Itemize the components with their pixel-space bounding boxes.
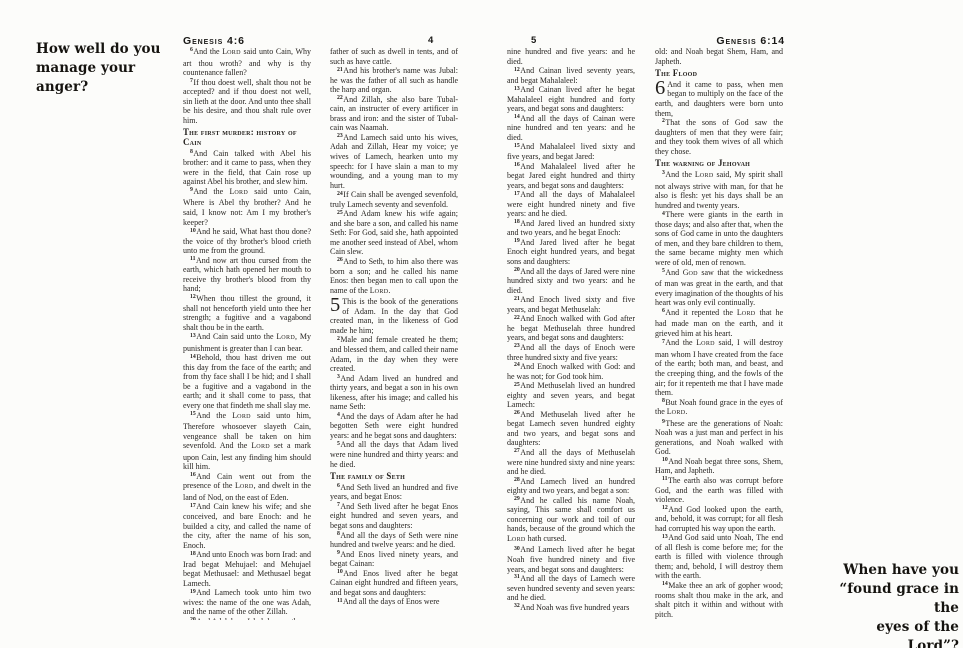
running-head-left: Genesis 4:6	[183, 35, 245, 47]
verse-number: 26	[337, 257, 343, 263]
verse: 5And GOD saw that the wickedness of man …	[655, 268, 783, 308]
verse: 13And Cainan lived after he begat Mahala…	[507, 85, 635, 114]
divine-name-smallcaps: ORD	[227, 50, 241, 56]
verse: 9These are the generations of Noah: Noah…	[655, 419, 783, 457]
verse-number: 10	[190, 228, 196, 234]
verse: 17And all the days of Mahalaleel were ei…	[507, 190, 635, 219]
verse-number: 11	[190, 256, 195, 262]
verse-continuation: old: and Noah begat Shem, Ham, and Japhe…	[655, 47, 783, 66]
section-heading: The first murder: history of Cain	[183, 128, 311, 147]
verse-number: 16	[514, 162, 520, 168]
verse-number: 30	[514, 546, 520, 552]
verse: 24If Cain shall be avenged sevenfold, tr…	[330, 190, 458, 209]
verse: 13And Cain said unto the LORD, My punish…	[183, 332, 311, 353]
verse-number: 15	[514, 143, 520, 149]
verse: 19And Jared lived after he begat Enoch e…	[507, 238, 635, 267]
verse-number: 27	[514, 448, 520, 454]
verse-number: 8	[337, 531, 340, 537]
page-number-left: 4	[428, 35, 433, 46]
verse: 2That the sons of God saw the daughters …	[655, 118, 783, 156]
text-column-3: nine hundred and five years: and he died…	[507, 47, 635, 620]
verse: 9And Enos lived ninety years, and begat …	[330, 550, 458, 569]
verse-number: 9	[337, 550, 340, 556]
verse: 6And Seth lived an hundred and five year…	[330, 483, 458, 502]
verse: 3And the LORD said, My spirit shall not …	[655, 170, 783, 210]
verse: 12And God looked upon the earth, and, be…	[655, 505, 783, 534]
verse-number: 12	[514, 67, 520, 73]
verse-number: 22	[514, 315, 520, 321]
verse-number: 17	[514, 191, 520, 197]
verse-number: 6	[337, 483, 340, 489]
verse: 17And Cain knew his wife; and she concei…	[183, 502, 311, 550]
verse-number: 19	[190, 589, 196, 595]
verse-number: 12	[190, 294, 196, 300]
verse-number: 13	[514, 86, 520, 92]
verse-number: 2	[337, 336, 340, 342]
verse: 5And all the days that Adam lived were n…	[330, 440, 458, 469]
verse: 18And Jared lived an hundred sixty and t…	[507, 219, 635, 238]
divine-name-smallcaps: ORD	[700, 173, 714, 179]
chapter-opening: 5This is the book of the generations of …	[330, 297, 458, 335]
verse: 23And Lamech said unto his wives, Adah a…	[330, 133, 458, 190]
verse: 6And it repented the LORD that he had ma…	[655, 308, 783, 339]
verse-number: 3	[662, 170, 665, 176]
verse: 10And Noah begat three sons, Shem, Ham, …	[655, 457, 783, 476]
margin-note-grace-question: When have you“found grace in theeyes of …	[826, 561, 959, 648]
verse: 6And the LORD said unto Cain, Why art th…	[183, 47, 311, 78]
verse: 21And Enoch lived sixty and five years, …	[507, 295, 635, 314]
verse: 28And Lamech lived an hundred eighty and…	[507, 477, 635, 496]
verse: 15And the LORD said unto him, Therefore …	[183, 411, 311, 472]
verse: 31And all the days of Lamech were seven …	[507, 574, 635, 603]
verse-number: 11	[662, 476, 667, 482]
verse: 27And all the days of Methuselah were ni…	[507, 448, 635, 477]
divine-name-smallcaps: ORD	[281, 335, 295, 341]
text-column-4: old: and Noah begat Shem, Ham, and Japhe…	[655, 47, 783, 620]
verse: 8And all the days of Seth were nine hund…	[330, 531, 458, 550]
verse-number: 20	[190, 617, 196, 620]
verse-number: 21	[337, 67, 343, 73]
verse: 12And Cainan lived seventy years, and be…	[507, 66, 635, 85]
verse-number: 13	[662, 534, 668, 540]
verse-number: 9	[662, 419, 665, 425]
verse-number: 8	[190, 149, 193, 155]
verse: 7And Seth lived after he begat Enos eigh…	[330, 502, 458, 531]
divine-name-smallcaps: ORD	[742, 311, 756, 317]
verse-number: 21	[514, 296, 520, 302]
verse-number: 16	[190, 472, 196, 478]
verse-number: 14	[190, 354, 196, 360]
text-column-2: father of such as dwell in tents, and of…	[330, 47, 458, 620]
verse-continuation: nine hundred and five years: and he died…	[507, 47, 635, 66]
verse: 29And he called his name Noah, saying, T…	[507, 496, 635, 546]
divine-name-smallcaps: OD	[688, 271, 697, 277]
verse: 11The earth also was corrupt before God,…	[655, 476, 783, 505]
divine-name-smallcaps: ORD	[672, 410, 686, 416]
verse-number: 7	[337, 502, 340, 508]
verse: 32And Noah was five hundred years	[507, 603, 635, 613]
margin-note-anger-question: How well do youmanage your anger?	[36, 40, 186, 97]
verse: 11And now art thou cursed from the earth…	[183, 256, 311, 294]
verse-number: 23	[337, 133, 343, 139]
verse-number: 2	[662, 118, 665, 124]
verse: 14Make thee an ark of gopher wood; rooms…	[655, 581, 783, 619]
running-head-right: Genesis 6:14	[716, 35, 785, 47]
section-heading: The warning of Jehovah	[655, 159, 783, 169]
verse-number: 8	[662, 398, 665, 404]
verse-number: 7	[190, 78, 193, 84]
verse-number: 14	[514, 114, 520, 120]
verse: 8But Noah found grace in the eyes of the…	[655, 398, 783, 419]
divine-name-smallcaps: ORD	[234, 190, 248, 196]
verse-number: 29	[514, 496, 520, 502]
chapter-opening: 6And it came to pass, when men began to …	[655, 80, 783, 118]
verse-number: 18	[190, 551, 196, 557]
verse: 4And the days of Adam after he had begot…	[330, 412, 458, 441]
verse-number: 5	[337, 441, 340, 447]
verse: 9And the LORD said unto Cain, Where is A…	[183, 187, 311, 227]
verse-number: 22	[337, 95, 343, 101]
divine-name-smallcaps: ORD	[240, 484, 254, 490]
verse-number: 11	[337, 598, 342, 604]
verse-number: 28	[514, 477, 520, 483]
verse: 23And all the days of Enoch were three h…	[507, 343, 635, 362]
verse-number: 18	[514, 219, 520, 225]
verse-number: 10	[337, 569, 343, 575]
verse: 10And Enos lived after he begat Cainan e…	[330, 569, 458, 598]
verse-number: 24	[514, 362, 520, 368]
verse: 14And all the days of Cainan were nine h…	[507, 114, 635, 143]
divine-name-smallcaps: ORD	[701, 341, 715, 347]
verse-number: 25	[514, 382, 520, 388]
verse-number: 4	[337, 412, 340, 418]
verse: 26And Methuselah lived after he begat La…	[507, 410, 635, 448]
verse-number: 6	[662, 308, 665, 314]
verse: 3And Adam lived an hundred and thirty ye…	[330, 374, 458, 412]
verse: 25And Methuselah lived an hundred eighty…	[507, 381, 635, 410]
verse-number: 24	[337, 191, 343, 197]
verse: 30And Lamech lived after he begat Noah f…	[507, 545, 635, 574]
section-heading: The family of Seth	[330, 472, 458, 482]
verse: 4There were giants in the earth in those…	[655, 210, 783, 267]
verse-number: 12	[662, 505, 668, 511]
verse: 15And Mahalaleel lived sixty and five ye…	[507, 142, 635, 161]
divine-name-smallcaps: ORD	[512, 537, 526, 543]
verse-number: 9	[190, 187, 193, 193]
verse: 7And the LORD said, I will destroy man w…	[655, 338, 783, 397]
verse-number: 32	[514, 603, 520, 609]
verse-number: 7	[662, 339, 665, 345]
verse: 7If thou doest well, shalt thou not be a…	[183, 78, 311, 126]
verse-number: 17	[190, 503, 196, 509]
verse: 2Male and female created he them; and bl…	[330, 335, 458, 373]
verse: 18And unto Enoch was born Irad: and Irad…	[183, 550, 311, 588]
verse: 22And Enoch walked with God after he beg…	[507, 314, 635, 343]
verse: 21And his brother's name was Jubal: he w…	[330, 66, 458, 95]
verse: 20And all the days of Jared were nine hu…	[507, 267, 635, 296]
verse: 11And all the days of Enos were	[330, 597, 458, 607]
verse-number: 25	[337, 210, 343, 216]
verse-number: 10	[662, 457, 668, 463]
verse-number: 14	[662, 581, 668, 587]
verse: 25And Adam knew his wife again; and she …	[330, 209, 458, 257]
verse: 13And God said unto Noah, The end of all…	[655, 533, 783, 581]
verse-number: 23	[514, 343, 520, 349]
verse: 26And to Seth, to him also there was bor…	[330, 257, 458, 297]
verse: 8And Cain talked with Abel his brother: …	[183, 149, 311, 187]
verse: 16And Cain went out from the presence of…	[183, 472, 311, 503]
verse-number: 15	[190, 411, 196, 417]
verse-number: 5	[662, 268, 665, 274]
text-column-1: 6And the LORD said unto Cain, Why art th…	[183, 47, 311, 620]
verse: 10And he said, What hast thou done? the …	[183, 227, 311, 256]
section-heading: The Flood	[655, 69, 783, 79]
verse: 16And Mahalaleel lived after he begat Ja…	[507, 162, 635, 191]
verse-number: 4	[662, 211, 665, 217]
verse: 19And Lamech took unto him two wives: th…	[183, 588, 311, 617]
chapter-number-dropcap: 6	[655, 80, 667, 97]
verse-number: 13	[190, 333, 196, 339]
divine-name-smallcaps: ORD	[375, 289, 389, 295]
verse: 24And Enoch walked with God: and he was …	[507, 362, 635, 381]
verse-number: 3	[337, 374, 340, 380]
chapter-number-dropcap: 5	[330, 297, 342, 314]
verse-continuation: father of such as dwell in tents, and of…	[330, 47, 458, 66]
verse: 12When thou tillest the ground, it shall…	[183, 294, 311, 332]
verse: 14Behold, thou hast driven me out this d…	[183, 353, 311, 410]
verse-number: 20	[514, 267, 520, 273]
verse-number: 19	[514, 238, 520, 244]
divine-name-smallcaps: ORD	[237, 414, 251, 420]
verse-number: 31	[514, 574, 520, 580]
verse-number: 26	[514, 410, 520, 416]
verse-number: 6	[190, 47, 193, 53]
divine-name-smallcaps: ORD	[256, 444, 270, 450]
verse: 22And Zillah, she also bare Tubal-cain, …	[330, 95, 458, 133]
page-number-right: 5	[531, 35, 536, 46]
verse: 20And Adah bare Jabal: he was the	[183, 617, 311, 620]
